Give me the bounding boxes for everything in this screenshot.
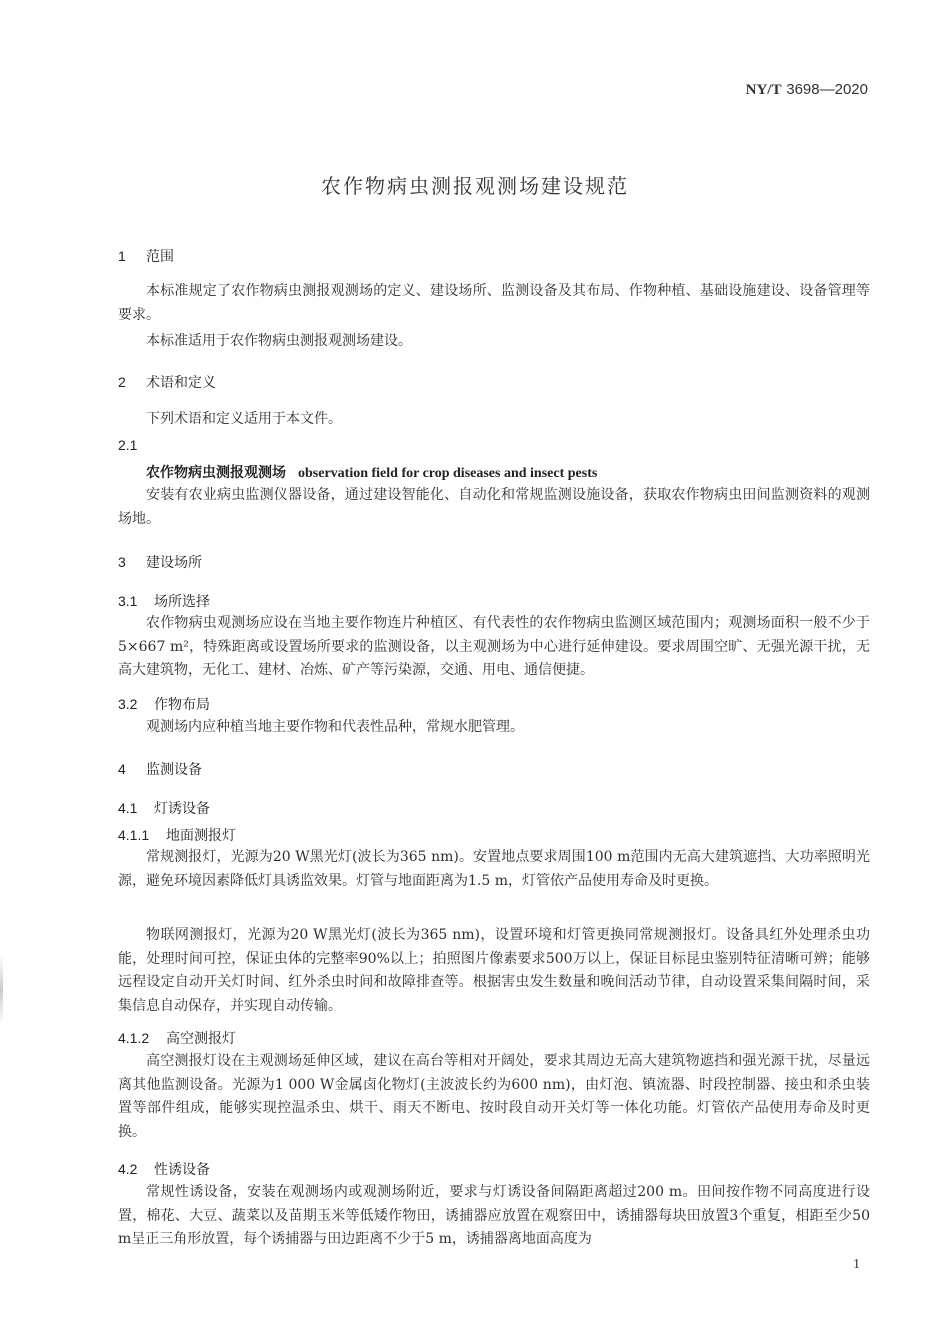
section-title: 作物布局 bbox=[154, 697, 210, 713]
section-title: 场所选择 bbox=[154, 594, 210, 610]
section-4-1-1-heading: 4.1.1地面测报灯 bbox=[118, 825, 236, 845]
section-number: 2 bbox=[118, 374, 146, 390]
section-3-2-heading: 3.2作物布局 bbox=[118, 694, 210, 714]
standard-prefix: NY/T bbox=[746, 82, 782, 98]
section-4-heading: 4监测设备 bbox=[118, 759, 202, 779]
section-title: 术语和定义 bbox=[146, 375, 216, 391]
section-number: 4.1.1 bbox=[118, 827, 166, 843]
section-title: 建设场所 bbox=[146, 555, 202, 571]
section-2-1-number: 2.1 bbox=[118, 437, 146, 454]
section-1-heading: 1范围 bbox=[118, 246, 174, 266]
term-english: observation field for crop diseases and … bbox=[298, 466, 597, 481]
section-title: 地面测报灯 bbox=[166, 828, 236, 844]
section-2-heading: 2术语和定义 bbox=[118, 372, 216, 392]
section-4-1-1-paragraph-2: 物联网测报灯，光源为20 W黑光灯(波长为365 nm)，设置环境和灯管更换同常… bbox=[118, 924, 870, 1018]
section-number: 4.1 bbox=[118, 800, 154, 816]
section-title: 高空测报灯 bbox=[166, 1031, 236, 1047]
section-4-1-heading: 4.1灯诱设备 bbox=[118, 798, 210, 818]
section-3-1-paragraph: 农作物病虫观测场应设在当地主要作物连片种植区、有代表性的农作物病虫监测区域范围内… bbox=[118, 612, 870, 683]
section-title: 灯诱设备 bbox=[154, 801, 210, 817]
page-number: 1 bbox=[853, 1257, 860, 1273]
standard-number: NY/T 3698—2020 bbox=[746, 80, 868, 99]
section-number: 1 bbox=[118, 248, 146, 264]
section-1-paragraph-1: 本标准规定了农作物病虫测报观测场的定义、建设场所、监测设备及其布局、作物种植、基… bbox=[118, 280, 870, 327]
section-title: 监测设备 bbox=[146, 762, 202, 778]
section-number: 3.1 bbox=[118, 593, 154, 609]
term-entry: 农作物病虫测报观测场observation field for crop dis… bbox=[146, 462, 597, 482]
section-4-2-paragraph: 常规性诱设备，安装在观测场内或观测场附近，要求与灯诱设备间隔距离超过200 m。… bbox=[118, 1181, 870, 1252]
section-title: 范围 bbox=[146, 249, 174, 265]
section-number: 3.2 bbox=[118, 696, 154, 712]
term-chinese: 农作物病虫测报观测场 bbox=[146, 465, 286, 481]
section-4-1-1-paragraph-1: 常规测报灯，光源为20 W黑光灯(波长为365 nm)。安置地点要求周围100 … bbox=[118, 846, 870, 893]
section-3-2-paragraph: 观测场内应种植当地主要作物和代表性品种，常规水肥管理。 bbox=[118, 716, 870, 740]
section-4-1-2-paragraph: 高空测报灯设在主观测场延伸区域，建议在高台等相对开阔处，要求其周边无高大建筑物遮… bbox=[118, 1050, 870, 1144]
section-number: 4.1.2 bbox=[118, 1030, 166, 1046]
standard-code: 3698—2020 bbox=[786, 81, 868, 98]
section-4-2-heading: 4.2性诱设备 bbox=[118, 1159, 210, 1179]
section-number: 3 bbox=[118, 554, 146, 570]
section-2-paragraph-1: 下列术语和定义适用于本文件。 bbox=[118, 408, 870, 432]
section-number: 4.2 bbox=[118, 1161, 154, 1177]
section-4-1-2-heading: 4.1.2高空测报灯 bbox=[118, 1028, 236, 1048]
term-definition: 安装有农业病虫监测仪器设备，通过建设智能化、自动化和常规监测设施设备，获取农作物… bbox=[118, 484, 870, 531]
document-title: 农作物病虫测报观测场建设规范 bbox=[0, 170, 950, 199]
scan-edge-artifact bbox=[0, 955, 3, 1025]
section-3-1-heading: 3.1场所选择 bbox=[118, 591, 210, 611]
section-title: 性诱设备 bbox=[154, 1162, 210, 1178]
section-3-heading: 3建设场所 bbox=[118, 552, 202, 572]
section-1-paragraph-2: 本标准适用于农作物病虫测报观测场建设。 bbox=[118, 330, 870, 354]
section-number: 4 bbox=[118, 761, 146, 777]
